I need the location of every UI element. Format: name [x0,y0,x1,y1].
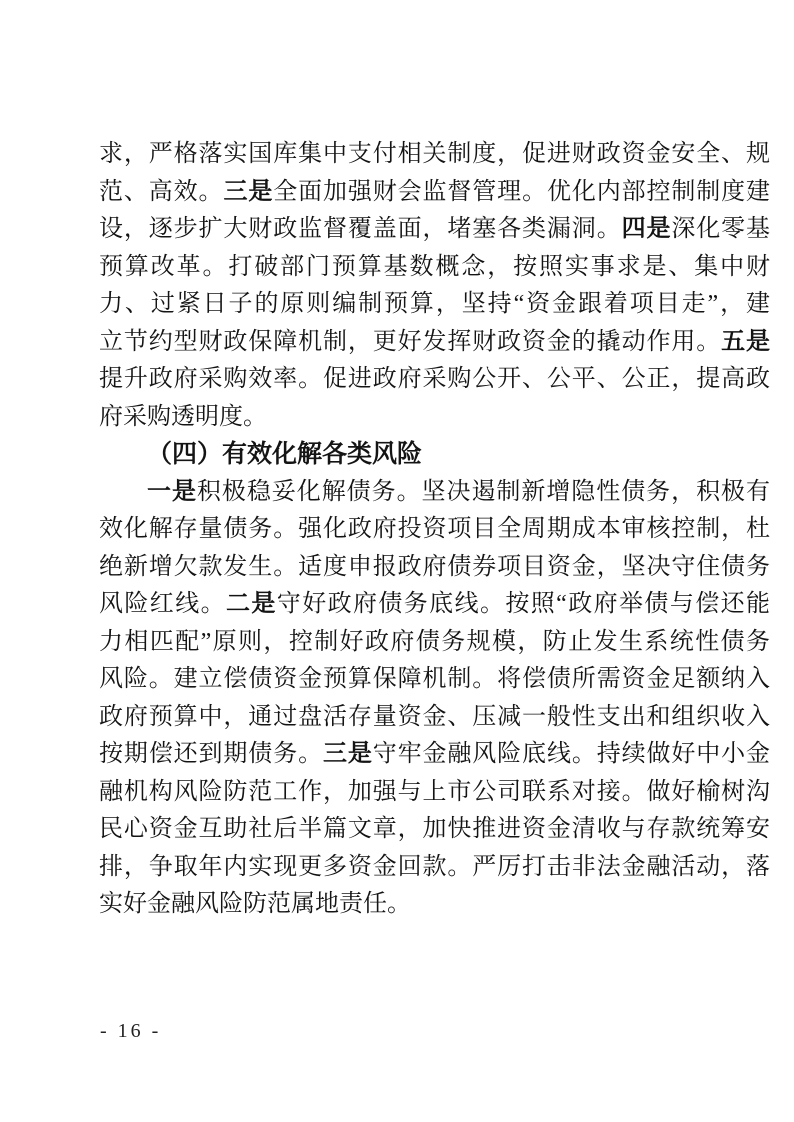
body-text: 力相匹配”原则，控制好政府债务规模，防止发生系统性债务 [99,629,770,655]
text-line: 融机构风险防范工作，加强与上市公司联系对接。做好榆树沟 [99,774,770,812]
body-text: 积极稳妥化解债务。坚决遏制新增隐性债务，积极有 [197,479,770,505]
body-text: 全面加强财会监督管理。优化内部控制制度建 [273,179,770,205]
emphasis-text: 五是 [721,329,770,355]
text-line: 绝新增欠款发生。适度申报政府债券项目资金，坚决守住债务 [99,549,770,587]
text-line: 提升政府采购效率。促进政府采购公开、公平、公正，提高政 [99,361,770,399]
body-text: 守好政府债务底线。按照“政府举债与偿还能 [277,591,770,617]
body-text: 提升政府采购效率。促进政府采购公开、公平、公正，提高政 [99,366,770,392]
document-body: 求，严格落实国库集中支付相关制度，促进财政资金安全、规范、高效。三是全面加强财会… [99,136,770,924]
body-text: 求，严格落实国库集中支付相关制度，促进财政资金安全、规 [99,141,770,167]
body-text: 设，逐步扩大财政监督覆盖面，堵塞各类漏洞。 [99,216,622,242]
body-text: 预算改革。打破部门预算基数概念，按照实事求是、集中财 [99,254,770,280]
body-text: 绝新增欠款发生。适度申报政府债券项目资金，坚决守住债务 [99,554,770,580]
text-line: 政府预算中，通过盘活存量资金、压减一般性支出和组织收入 [99,699,770,737]
body-text: 政府预算中，通过盘活存量资金、压减一般性支出和组织收入 [99,704,770,730]
text-line: 设，逐步扩大财政监督覆盖面，堵塞各类漏洞。四是深化零基 [99,211,770,249]
body-text: 实好金融风险防范属地责任。 [99,891,411,917]
text-line: 风险。建立偿债资金预算保障机制。将偿债所需资金足额纳入 [99,661,770,699]
text-line: 排，争取年内实现更多资金回款。严厉打击非法金融活动，落 [99,849,770,887]
body-text: 融机构风险防范工作，加强与上市公司联系对接。做好榆树沟 [99,779,770,805]
text-line: 民心资金互助社后半篇文章，加快推进资金清收与存款统筹安 [99,811,770,849]
body-text: 风险红线。 [99,591,226,617]
text-line: 府采购透明度。 [99,399,770,437]
text-line: 范、高效。三是全面加强财会监督管理。优化内部控制制度建 [99,174,770,212]
body-text: 民心资金互助社后半篇文章，加快推进资金清收与存款统筹安 [99,816,770,842]
page-number: - 16 - [100,1020,161,1043]
text-line: 力、过紧日子的原则编制预算，坚持“资金跟着项目走”，建 [99,286,770,324]
text-line: 立节约型财政保障机制，更好发挥财政资金的撬动作用。五是 [99,324,770,362]
text-line: 力相匹配”原则，控制好政府债务规模，防止发生系统性债务 [99,624,770,662]
section-heading: （四）有效化解各类风险 [99,436,770,474]
document-page: 求，严格落实国库集中支付相关制度，促进财政资金安全、规范、高效。三是全面加强财会… [0,0,794,1122]
emphasis-text: 三是 [323,741,373,767]
emphasis-text: 一是 [147,479,197,505]
body-text: 立节约型财政保障机制，更好发挥财政资金的撬动作用。 [99,329,721,355]
text-line: 效化解存量债务。强化政府投资项目全周期成本审核控制，杜 [99,511,770,549]
text-line: 实好金融风险防范属地责任。 [99,886,770,924]
emphasis-text: 二是 [226,591,277,617]
emphasis-text: （四）有效化解各类风险 [147,441,422,468]
body-text: 范、高效。 [99,179,223,205]
body-text: 力、过紧日子的原则编制预算，坚持“资金跟着项目走”，建 [99,291,770,317]
body-text: 风险。建立偿债资金预算保障机制。将偿债所需资金足额纳入 [99,666,770,692]
body-text: 守牢金融风险底线。持续做好中小金 [373,741,770,767]
body-text: 深化零基 [671,216,770,242]
text-line: 按期偿还到期债务。三是守牢金融风险底线。持续做好中小金 [99,736,770,774]
body-text: 按期偿还到期债务。 [99,741,323,767]
text-line: 求，严格落实国库集中支付相关制度，促进财政资金安全、规 [99,136,770,174]
text-line: 一是积极稳妥化解债务。坚决遏制新增隐性债务，积极有 [99,474,770,512]
body-text: 府采购透明度。 [99,404,267,430]
body-text: 效化解存量债务。强化政府投资项目全周期成本审核控制，杜 [99,516,770,542]
body-text: 排，争取年内实现更多资金回款。严厉打击非法金融活动，落 [99,854,770,880]
text-line: 风险红线。二是守好政府债务底线。按照“政府举债与偿还能 [99,586,770,624]
emphasis-text: 三是 [223,179,273,205]
emphasis-text: 四是 [622,216,672,242]
text-line: 预算改革。打破部门预算基数概念，按照实事求是、集中财 [99,249,770,287]
